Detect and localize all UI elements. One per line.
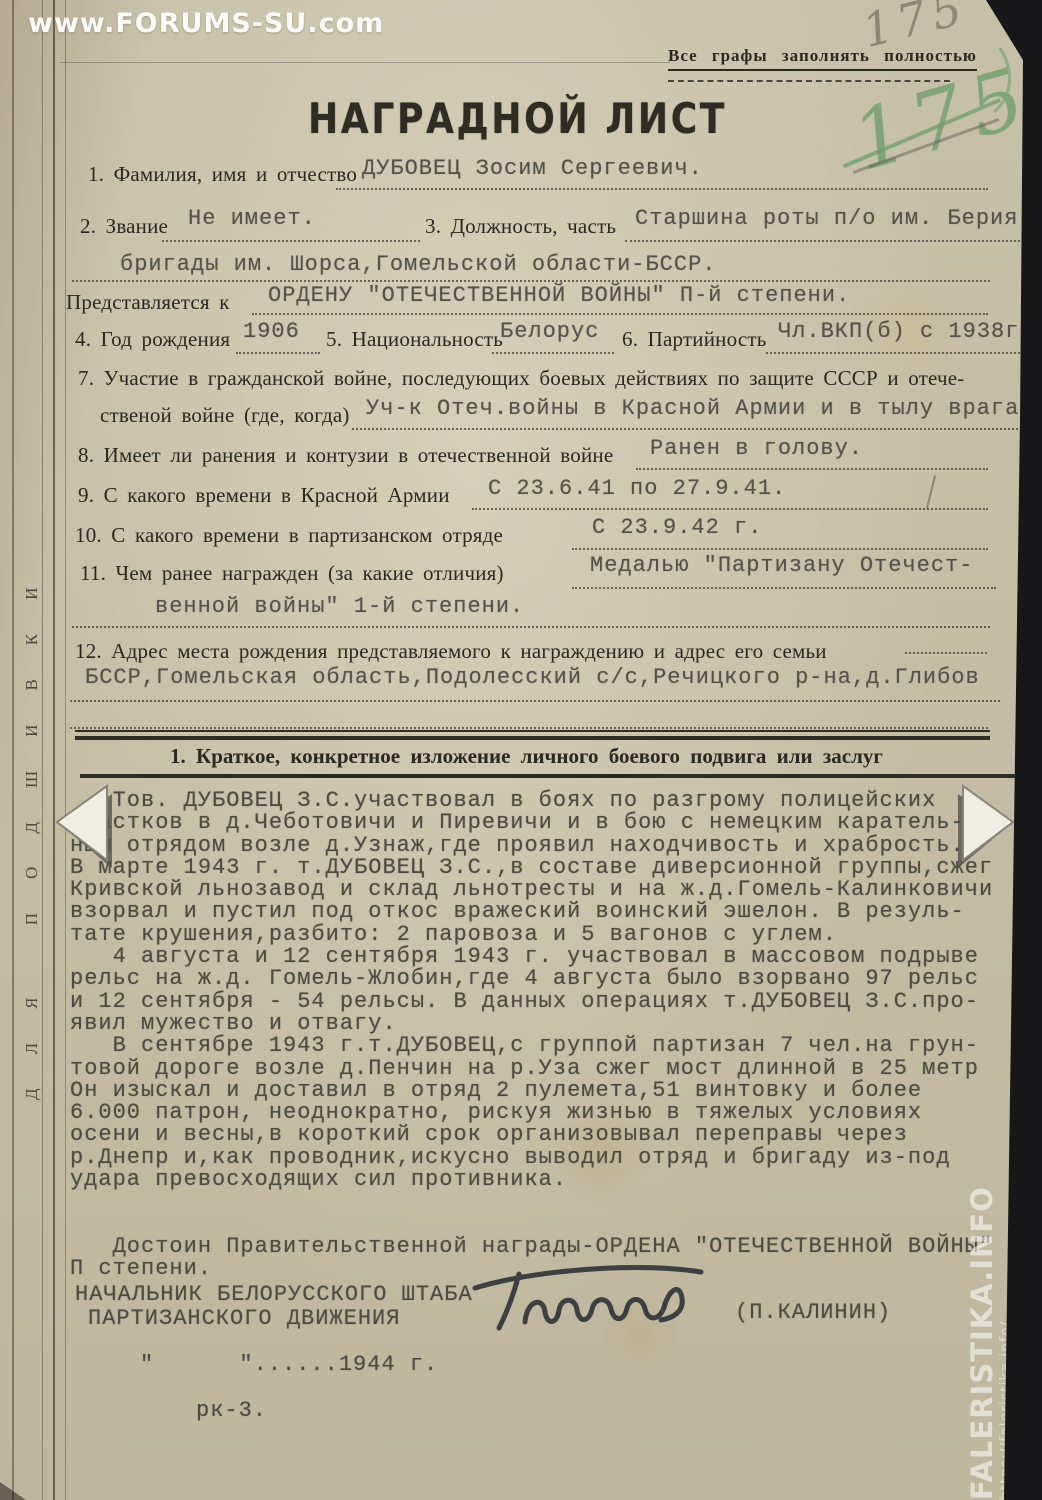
dotted-line	[70, 700, 1000, 702]
body-line	[70, 1214, 1035, 1236]
field-7-label-line1: 7. Участие в гражданской войне, последую…	[78, 366, 964, 391]
dotted-line	[625, 240, 1040, 242]
field-10-value: С 23.9.42 г.	[592, 515, 762, 540]
field-8-label: 8. Имеет ли ранения и контузии в отечест…	[78, 443, 613, 468]
body-line	[70, 1191, 1035, 1213]
dotted-line	[492, 352, 614, 354]
field-4-value: 1906	[243, 319, 300, 344]
date-line: " "......1944 г.	[140, 1352, 438, 1377]
dotted-line	[336, 188, 988, 190]
section-divider	[75, 730, 990, 732]
dotted-line	[905, 652, 987, 654]
field-9-label: 9. С какого времени в Красной Армии	[78, 483, 450, 508]
field-5-value: Белорус	[500, 319, 599, 344]
field-6-label: 6. Партийность	[622, 327, 767, 352]
field-1-value: ДУБОВЕЦ Зосим Сергеевич.	[362, 156, 703, 181]
body-line: взорвал и пустил под откос вражеский вои…	[70, 901, 1035, 923]
faleristika-watermark: FALERISTIKA.INFO https://faleristika.inf…	[958, 1250, 1022, 1500]
official-title-line1: НАЧАЛЬНИК БЕЛОРУССКОГО ШТАБА	[75, 1282, 473, 1307]
dotted-line	[572, 587, 996, 589]
dotted-line	[636, 468, 988, 470]
section-header: 1. Краткое, конкретное изложение личного…	[170, 744, 883, 769]
body-line: явил мужество и отвагу.	[70, 1013, 1035, 1035]
body-line: осени и весны,в короткий срок организовы…	[70, 1124, 1035, 1146]
dotted-line	[766, 352, 1036, 354]
chevron-right-icon	[963, 786, 1013, 860]
field-5-label: 5. Национальность	[326, 327, 503, 352]
dotted-line	[252, 313, 988, 315]
spine-crease-line	[53, 0, 55, 1500]
chevron-left-icon	[57, 786, 107, 860]
document-code: рк-3.	[196, 1398, 267, 1423]
field-3-label: 3. Должность, часть	[425, 214, 616, 239]
field-8-value: Ранен в голову.	[650, 436, 863, 461]
field-12-label: 12. Адрес места рождения представляемого…	[75, 639, 827, 664]
body-line: ным отрядом возле д.Узнаж,где проявил на…	[70, 835, 1035, 857]
body-line: Он изыскал и доставил в отряд 2 пулемета…	[70, 1080, 1035, 1102]
handwritten-signature	[465, 1252, 745, 1344]
scanned-award-document: ДЛЯ ПОДШИВКИ www.FORUMS-SU.com Все графы…	[0, 0, 1042, 1500]
field-11-value-line2: венной войны" 1-й степени.	[155, 594, 524, 619]
dotted-line	[162, 240, 420, 242]
field-3-value: Старшина роты п/о им. Берия	[635, 206, 1018, 231]
body-line: рельс на ж.д. Гомель-Жлобин,где 4 август…	[70, 968, 1035, 990]
body-line: тате крушения,разбито: 2 паровоза и 5 ва…	[70, 924, 1035, 946]
field-7-label-line2: ственой войне (где, когда)	[100, 403, 350, 428]
field-10-label: 10. С какого времени в партизанском отря…	[75, 523, 503, 548]
body-line: участков в д.Чеботовичи и Пиревичи и в б…	[70, 812, 1035, 834]
presented-for-label: Представляется к	[66, 290, 230, 315]
faleristika-watermark-url: https://faleristika.info/	[998, 1250, 1014, 1500]
field-11-label: 11. Чем ранее награжден (за какие отличи…	[80, 561, 504, 586]
field-4-label: 4. Год рождения	[75, 327, 230, 352]
signature-name: (П.КАЛИНИН)	[735, 1300, 891, 1325]
previous-image-button[interactable]	[52, 780, 114, 868]
paper-crease	[60, 62, 670, 63]
faleristika-watermark-text: FALERISTIKA.INFO	[966, 1250, 998, 1500]
field-12-value: БССР,Гомельская область,Подолесский с/с,…	[85, 665, 980, 690]
body-line: Кривской льнозавод и склад льнотресты и …	[70, 879, 1035, 901]
dotted-line	[70, 727, 988, 729]
page-edge-line	[12, 0, 14, 1500]
body-line: удара превосходящих сил противника.	[70, 1169, 1035, 1191]
dotted-line	[236, 352, 320, 354]
body-line: Тов. ДУБОВЕЦ З.С.участвовал в боях по ра…	[70, 790, 1035, 812]
section-divider	[80, 774, 1020, 778]
field-6-value: Чл.ВКП(б) с 1938г	[778, 319, 1019, 344]
field-1-label: 1. Фамилия, имя и отчество	[88, 162, 357, 187]
pencil-tick-mark	[926, 475, 936, 508]
body-line: В марте 1943 г. т.ДУБОВЕЦ З.С.,в составе…	[70, 857, 1035, 879]
combat-description: Тов. ДУБОВЕЦ З.С.участвовал в боях по ра…	[70, 790, 1035, 1281]
field-11-value-line1: Медалью "Партизану Отечест-	[590, 553, 973, 578]
body-line: В сентябре 1943 г.т.ДУБОВЕЦ,с группой па…	[70, 1035, 1035, 1057]
dotted-line	[72, 626, 990, 628]
field-2-label: 2. Звание	[80, 214, 168, 239]
dotted-line	[352, 428, 1034, 430]
field-3-value-continuation: бригады им. Шорса,Гомельской области-БСС…	[120, 252, 717, 277]
form-header-note: Все графы заполнять полностью	[668, 46, 977, 71]
spine-caption: ДЛЯ ПОДШИВКИ	[22, 554, 42, 1100]
dotted-line	[572, 548, 988, 550]
field-7-value: Уч-к Отеч.войны в Красной Армии и в тылу…	[366, 396, 1034, 421]
official-title-line2: ПАРТИЗАНСКОГО ДВИЖЕНИЯ	[88, 1306, 400, 1331]
document-title: НАГРАДНОЙ ЛИСТ	[308, 94, 727, 143]
dotted-line	[72, 280, 990, 282]
body-line: и 12 сентября - 54 рельсы. В данных опер…	[70, 991, 1035, 1013]
field-2-value: Не имеет.	[188, 206, 316, 231]
body-line: 6.000 патрон, неоднократно, рискуя жизнь…	[70, 1102, 1035, 1124]
forum-watermark: www.FORUMS-SU.com	[28, 8, 384, 39]
spine-crease-line	[65, 0, 66, 1500]
presented-for-value: ОРДЕНУ "ОТЕЧЕСТВЕННОЙ ВОЙНЫ" П-й степени…	[268, 283, 850, 308]
spine-crease-line	[42, 0, 43, 1500]
body-line: товой дороге возле д.Пенчин на р.Уза сже…	[70, 1058, 1035, 1080]
field-9-value: С 23.6.41 по 27.9.41.	[488, 476, 786, 501]
next-image-button[interactable]	[956, 780, 1018, 868]
dotted-line	[472, 508, 988, 510]
section-divider	[75, 736, 990, 740]
body-line: р.Днепр и,как проводник,искусно выводил …	[70, 1147, 1035, 1169]
